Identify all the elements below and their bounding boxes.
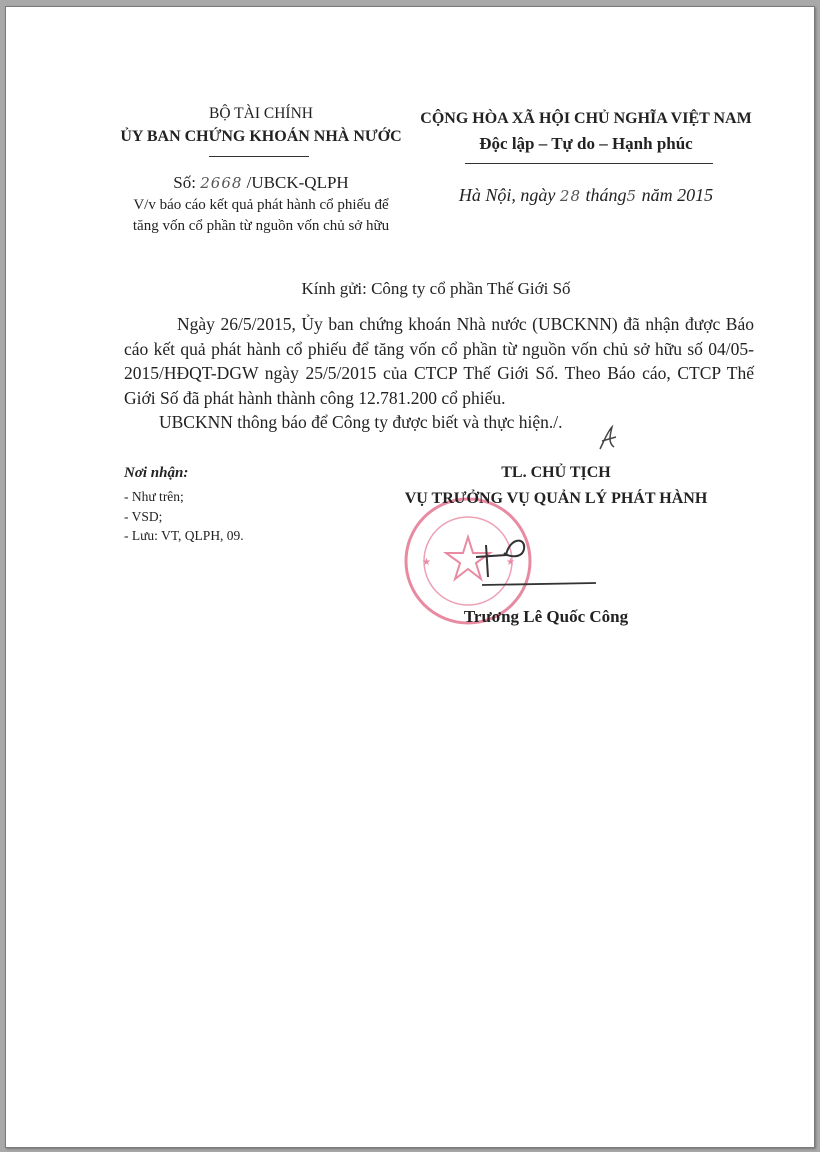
recipient-item: - VSD; [124,509,162,525]
nation-name: CỘNG HÒA XÃ HỘI CHỦ NGHĨA VIỆT NAM [406,110,766,128]
body-paragraph-1: Ngày 26/5/2015, Ủy ban chứng khoán Nhà n… [124,312,754,410]
signature-role: TL. CHỦ TỊCH [366,464,746,482]
date-prefix: Hà Nội, ngày [459,185,556,205]
handwritten-signature-icon [446,527,616,597]
letter-body: Ngày 26/5/2015, Ủy ban chứng khoán Nhà n… [124,312,754,435]
document-number: Số: 2668 /UBCK-QLPH [146,173,376,193]
header-divider-left [209,156,309,157]
signer-name: Trương Lê Quốc Công [446,607,646,627]
document-page: BỘ TÀI CHÍNH ỦY BAN CHỨNG KHOÁN NHÀ NƯỚC… [5,6,815,1148]
recipient-item: - Như trên; [124,489,184,505]
body-paragraph-2: UBCKNN thông báo để Công ty được biết và… [124,410,754,435]
ministry-name: BỘ TÀI CHÍNH [146,105,376,123]
svg-text:★: ★ [422,557,431,568]
recipient-item: - Lưu: VT, QLPH, 09. [124,528,244,544]
number-label: Số: [173,173,196,192]
salutation: Kính gửi: Công ty cổ phần Thế Giới Số [106,279,766,299]
signature-department: VỤ TRƯỞNG VỤ QUẢN LÝ PHÁT HÀNH [366,490,746,508]
date-day: 28 [560,187,581,205]
issue-date: Hà Nội, ngày 28 tháng5 năm 2015 [406,185,766,206]
initial-mark-icon [594,423,624,453]
recipients-title: Nơi nhận: [124,465,188,482]
subject-line-2: tăng vốn cổ phần từ nguồn vốn chủ sở hữu [106,218,416,235]
number-handwritten: 2668 [200,174,242,192]
header-divider-right [465,163,713,164]
national-motto: Độc lập – Tự do – Hạnh phúc [406,134,766,154]
subject-line-1: V/v báo cáo kết quả phát hành cổ phiếu đ… [106,197,416,214]
date-month: 5 [627,187,638,205]
date-month-label: tháng [586,185,627,205]
number-suffix: /UBCK-QLPH [247,173,349,192]
date-year: năm 2015 [642,185,714,205]
agency-name: ỦY BAN CHỨNG KHOÁN NHÀ NƯỚC [106,128,416,146]
